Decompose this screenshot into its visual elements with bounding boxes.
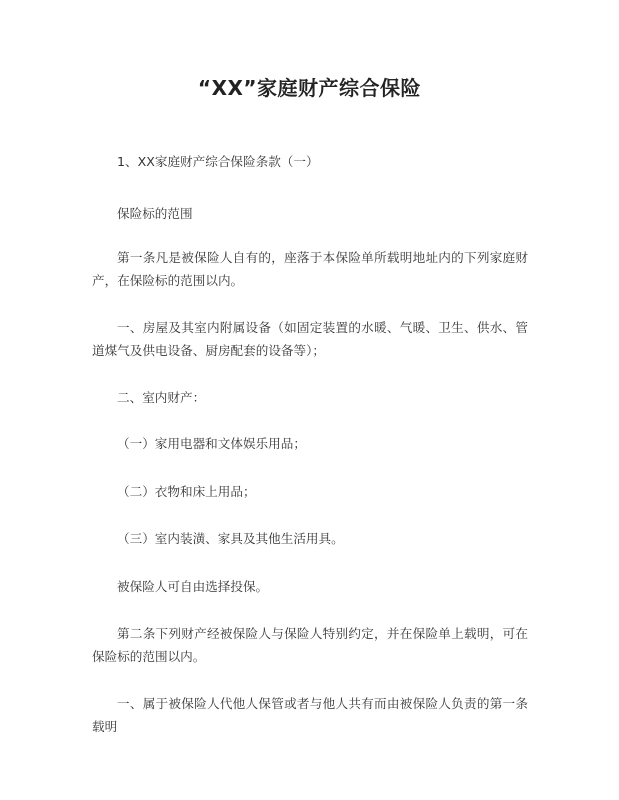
note-optional-insurance: 被保险人可自由选择投保。 (92, 575, 528, 598)
sub-item-clothing: （二）衣物和床上用品； (92, 480, 528, 503)
sub-item-decoration: （三）室内装潢、家具及其他生活用具。 (92, 527, 528, 550)
list-item-housing: 一、房屋及其室内附属设备（如固定装置的水暖、气暖、卫生、供水、管道煤气及供电设备… (92, 316, 528, 362)
article-2-paragraph: 第二条下列财产经被保险人与保险人特别约定，并在保险单上载明，可在保险标的范围以内… (92, 622, 528, 668)
list-item-indoor-property: 二、室内财产： (92, 386, 528, 409)
section-heading-scope: 保险标的范围 (92, 202, 528, 225)
sub-item-appliances: （一）家用电器和文体娱乐用品； (92, 432, 528, 455)
document-title: “XX”家庭财产综合保险 (0, 74, 619, 102)
clause-heading: 1、XX家庭财产综合保险条款（一） (92, 150, 528, 173)
article-2-list-item-1: 一、属于被保险人代他人保管或者与他人共有而由被保险人负责的第一条载明 (92, 692, 528, 738)
article-1-paragraph: 第一条凡是被保险人自有的，座落于本保险单所载明地址内的下列家庭财产，在保险标的范… (92, 246, 528, 292)
document-page: “XX”家庭财产综合保险 1、XX家庭财产综合保险条款（一） 保险标的范围 第一… (0, 0, 619, 800)
